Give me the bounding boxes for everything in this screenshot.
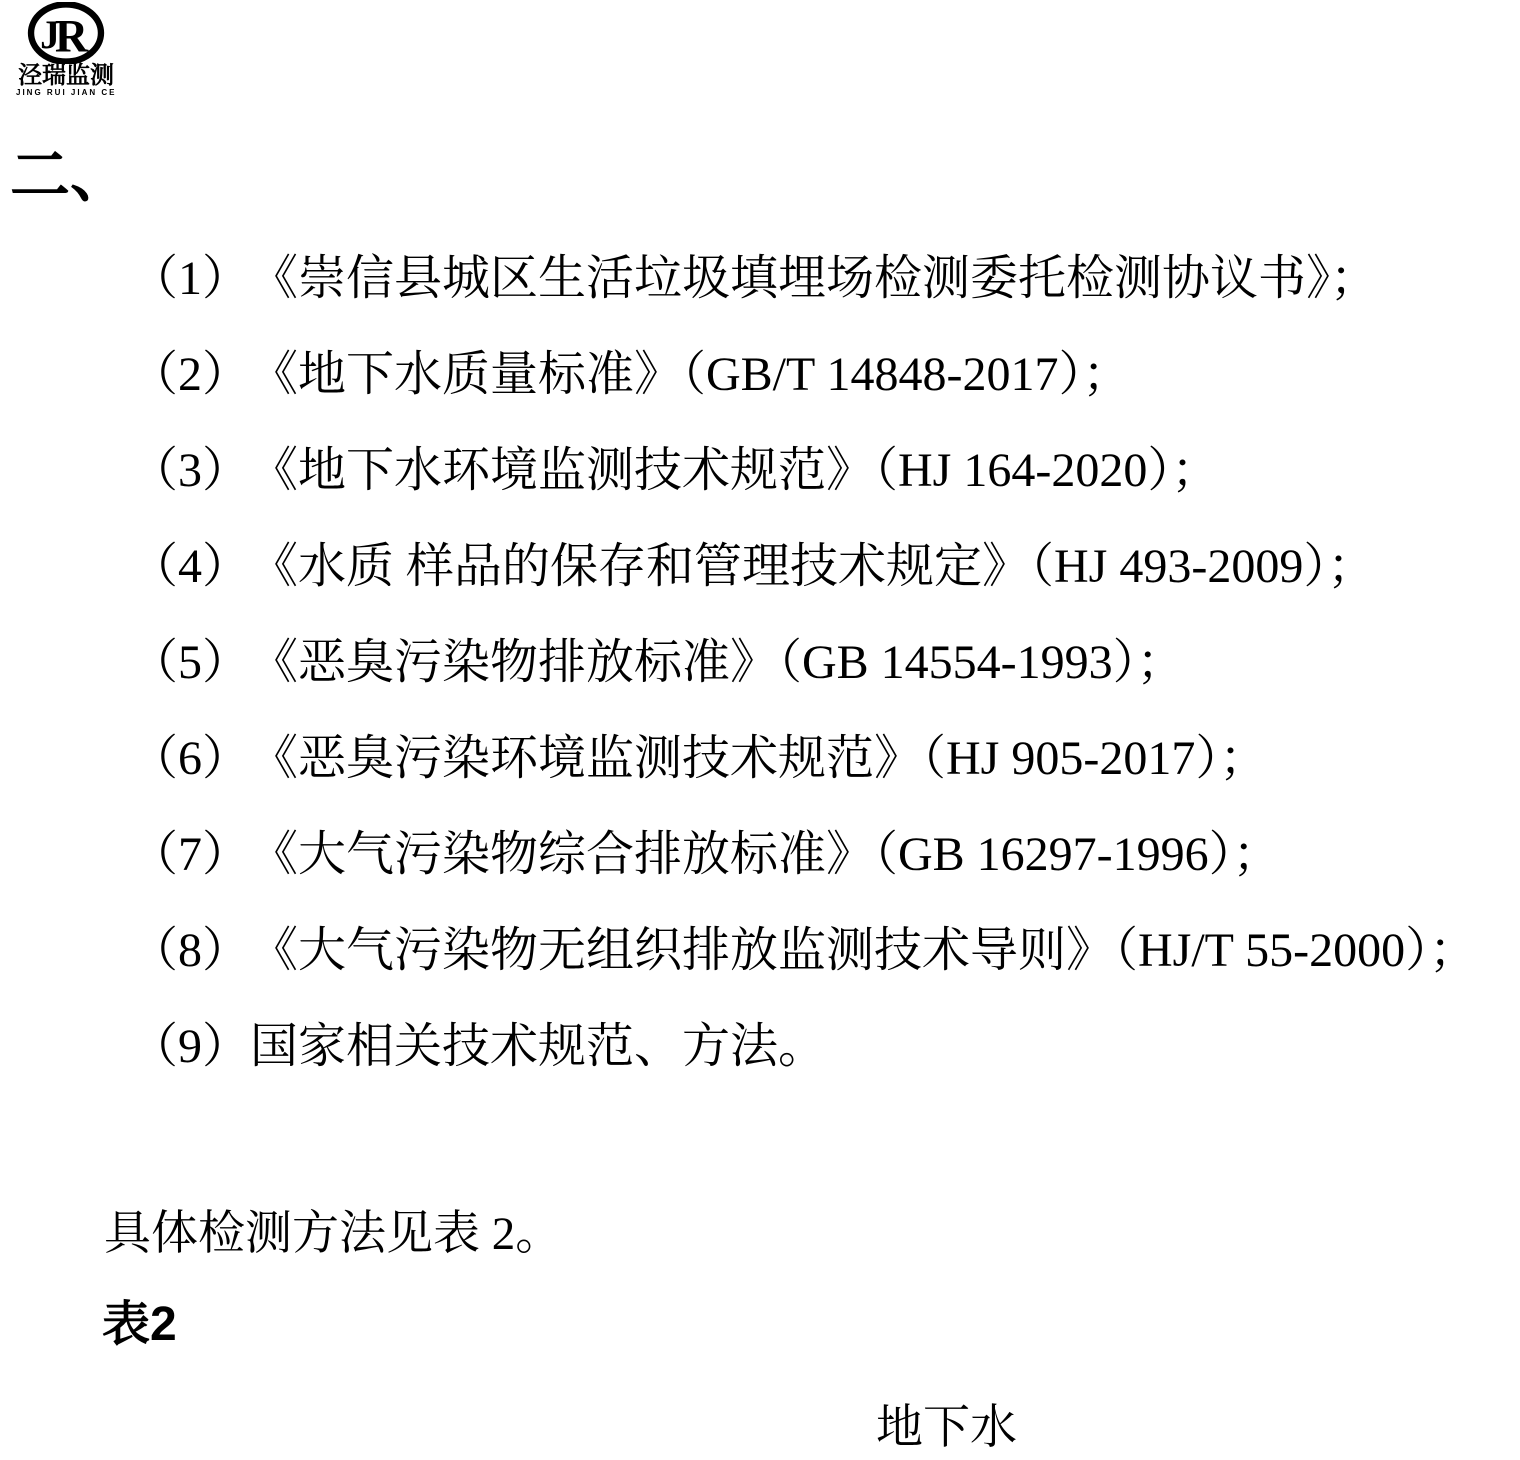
svg-text:R: R [55, 10, 89, 61]
reference-item-7: （7）《大气污染物综合排放标准》（GB 16297-1996）； [0, 807, 1520, 903]
reference-number: （3） [130, 423, 250, 519]
reference-text: 《大气污染物无组织排放监测技术导则》（HJ/T 55-2000）； [250, 924, 1477, 977]
method-note: 具体检测方法见表 2。 [104, 1206, 562, 1262]
reference-number: （9） [130, 999, 250, 1095]
jr-monogram-icon: J R [26, 2, 106, 64]
table-label: 表2 [102, 1298, 177, 1352]
reference-item-3: （3）《地下水环境监测技术规范》（HJ 164-2020）； [0, 423, 1520, 519]
reference-number: （2） [130, 327, 250, 423]
company-logo: J R 泾瑞监测 JING RUI JIAN CE [16, 2, 116, 98]
reference-text: 《地下水环境监测技术规范》（HJ 164-2020）； [250, 444, 1219, 497]
reference-item-2: （2）《地下水质量标准》（GB/T 14848-2017）； [0, 327, 1520, 423]
table-section-title: 地下水 [876, 1400, 1017, 1456]
reference-text: 国家相关技术规范、方法。 [250, 1020, 826, 1073]
reference-text: 《崇信县城区生活垃圾填埋场检测委托检测协议书》； [250, 252, 1378, 305]
company-name: 泾瑞监测 [16, 64, 116, 88]
reference-number: （4） [130, 519, 250, 615]
reference-number: （5） [130, 615, 250, 711]
reference-item-1: （1）《崇信县城区生活垃圾填埋场检测委托检测协议书》； [0, 231, 1520, 327]
reference-text: 《恶臭污染物排放标准》（GB 14554-1993）； [250, 636, 1185, 689]
reference-text: 《地下水质量标准》（GB/T 14848-2017）； [250, 348, 1130, 401]
reference-item-4: （4）《水质 样品的保存和管理技术规定》（HJ 493-2009）； [0, 519, 1520, 615]
reference-text: 《水质 样品的保存和管理技术规定》（HJ 493-2009）； [250, 540, 1375, 593]
reference-item-6: （6）《恶臭污染环境监测技术规范》（HJ 905-2017）； [0, 711, 1520, 807]
reference-text: 《大气污染物综合排放标准》（GB 16297-1996）； [250, 828, 1281, 881]
reference-item-8: （8）《大气污染物无组织排放监测技术导则》（HJ/T 55-2000）； [0, 903, 1520, 999]
reference-text: 《恶臭污染环境监测技术规范》（HJ 905-2017）； [250, 732, 1267, 785]
company-subtext: JING RUI JIAN CE [16, 88, 116, 98]
reference-number: （7） [130, 807, 250, 903]
reference-list: （1）《崇信县城区生活垃圾填埋场检测委托检测协议书》； （2）《地下水质量标准》… [0, 231, 1520, 1095]
reference-number: （8） [130, 903, 250, 999]
section-heading: 二、 [10, 144, 130, 208]
reference-item-9: （9）国家相关技术规范、方法。 [0, 999, 1520, 1095]
reference-number: （6） [130, 711, 250, 807]
reference-item-5: （5）《恶臭污染物排放标准》（GB 14554-1993）； [0, 615, 1520, 711]
reference-number: （1） [130, 231, 250, 327]
